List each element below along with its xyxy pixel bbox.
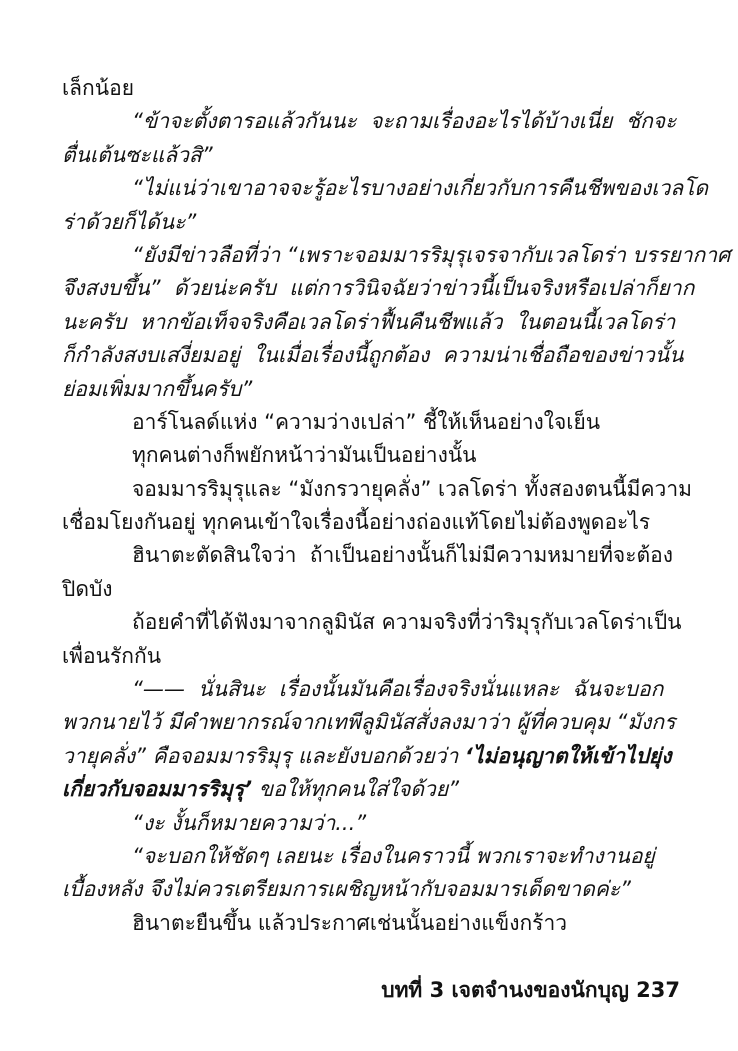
- chapter-title: บทที่ 3 เจตจำนงของนักบุญ: [381, 978, 629, 1002]
- dialogue-text: พวกนายไว้ มีคำพยากรณ์จากเทพีลูมินัสสั่งล…: [62, 710, 675, 734]
- dialogue-text: จึงสงบขึ้น” ด้วยน่ะครับ แต่การวินิจฉัยว่…: [62, 276, 694, 300]
- narration-text: เชื่อมโยงกันอยู่ ทุกคนเข้าใจเรื่องนี้อย่…: [62, 510, 650, 534]
- text-line-16: ปิดบัง: [62, 573, 680, 606]
- dialogue-text: วายุคลั่ง” คือจอมมารริมุรุ และยังบอกด้วย…: [62, 744, 465, 768]
- text-line-1: เล็กน้อย: [62, 72, 680, 105]
- page-text: เล็กน้อย“ข้าจะตั้งตารอแล้วกันนะ จะถามเรื…: [62, 72, 680, 940]
- dialogue-text: “ไม่แน่ว่าเขาอาจจะรู้อะไรบางอย่างเกี่ยวก…: [132, 176, 708, 200]
- page-number: 237: [636, 978, 680, 1002]
- narration-text: อาร์โนลด์แห่ง “ความว่างเปล่า” ชี้ให้เห็น…: [132, 410, 600, 434]
- dialogue-text: ก็กำลังสงบเสงี่ยมอยู่ ในเมื่อเรื่องนี้ถู…: [62, 343, 683, 367]
- text-line-8: นะครับ หากข้อเท็จจริงคือเวลโดร่าฟื้นคืนช…: [62, 306, 680, 339]
- text-line-5: ร่าด้วยก็ได้นะ”: [62, 206, 680, 239]
- emphasized-text: เกี่ยวกับจอมมารริมุรุ’: [62, 777, 252, 801]
- narration-text: ฮินาตะยืนขึ้น แล้วประกาศเช่นนั้นอย่างแข็…: [132, 911, 567, 935]
- text-line-10: ย่อมเพิ่มมากขึ้นครับ”: [62, 373, 680, 406]
- text-line-14: เชื่อมโยงกันอยู่ ทุกคนเข้าใจเรื่องนี้อย่…: [62, 506, 680, 539]
- dialogue-text: “—— นั่นสินะ เรื่องนั้นมันคือเรื่องจริงน…: [132, 677, 663, 701]
- page-footer: บทที่ 3 เจตจำนงของนักบุญ 237: [352, 950, 680, 1031]
- text-line-23: “งะ งั้นก็หมายความว่า...”: [62, 807, 680, 840]
- dialogue-text: ขอให้ทุกคนใส่ใจด้วย”: [252, 777, 459, 801]
- text-line-7: จึงสงบขึ้น” ด้วยน่ะครับ แต่การวินิจฉัยว่…: [62, 272, 680, 305]
- narration-text: เล็กน้อย: [62, 76, 134, 100]
- narration-text: เพื่อนรักกัน: [62, 644, 161, 668]
- dialogue-text: ร่าด้วยก็ได้นะ”: [62, 210, 196, 234]
- text-line-22: เกี่ยวกับจอมมารริมุรุ’ ขอให้ทุกคนใส่ใจด้…: [62, 773, 680, 806]
- text-line-21: วายุคลั่ง” คือจอมมารริมุรุ และยังบอกด้วย…: [62, 740, 680, 773]
- narration-text: จอมมารริมุรุและ “มังกรวายุคลั่ง” เวลโดร่…: [132, 477, 692, 501]
- text-line-11: อาร์โนลด์แห่ง “ความว่างเปล่า” ชี้ให้เห็น…: [62, 406, 680, 439]
- narration-text: ฮินาตะตัดสินใจว่า ถ้าเป็นอย่างนั้นก็ไม่ม…: [132, 543, 673, 567]
- dialogue-text: “ยังมีข่าวลือที่ว่า “เพราะจอมมารริมุรุเจ…: [132, 243, 730, 267]
- text-line-3: ตื่นเต้นซะแล้วสิ”: [62, 139, 680, 172]
- dialogue-text: “งะ งั้นก็หมายความว่า...”: [132, 811, 366, 835]
- text-line-4: “ไม่แน่ว่าเขาอาจจะรู้อะไรบางอย่างเกี่ยวก…: [62, 172, 680, 205]
- book-page: เล็กน้อย“ข้าจะตั้งตารอแล้วกันนะ จะถามเรื…: [0, 0, 738, 1051]
- text-line-13: จอมมารริมุรุและ “มังกรวายุคลั่ง” เวลโดร่…: [62, 473, 680, 506]
- text-line-24: “จะบอกให้ชัดๆ เลยนะ เรื่องในคราวนี้ พวกเ…: [62, 840, 680, 873]
- text-line-19: “—— นั่นสินะ เรื่องนั้นมันคือเรื่องจริงน…: [62, 673, 680, 706]
- text-line-20: พวกนายไว้ มีคำพยากรณ์จากเทพีลูมินัสสั่งล…: [62, 706, 680, 739]
- narration-text: ถ้อยคำที่ได้ฟังมาจากลูมินัส ความจริงที่ว…: [132, 610, 682, 634]
- text-line-9: ก็กำลังสงบเสงี่ยมอยู่ ในเมื่อเรื่องนี้ถู…: [62, 339, 680, 372]
- dialogue-text: ตื่นเต้นซะแล้วสิ”: [62, 143, 213, 167]
- narration-text: ปิดบัง: [62, 577, 113, 601]
- dialogue-text: เบื้องหลัง จึงไม่ควรเตรียมการเผชิญหน้ากั…: [62, 877, 631, 901]
- narration-text: ทุกคนต่างก็พยักหน้าว่ามันเป็นอย่างนั้น: [132, 443, 477, 467]
- text-line-26: ฮินาตะยืนขึ้น แล้วประกาศเช่นนั้นอย่างแข็…: [62, 907, 680, 940]
- dialogue-text: “จะบอกให้ชัดๆ เลยนะ เรื่องในคราวนี้ พวกเ…: [132, 844, 655, 868]
- text-line-17: ถ้อยคำที่ได้ฟังมาจากลูมินัส ความจริงที่ว…: [62, 606, 680, 639]
- dialogue-text: นะครับ หากข้อเท็จจริงคือเวลโดร่าฟื้นคืนช…: [62, 310, 675, 334]
- text-line-12: ทุกคนต่างก็พยักหน้าว่ามันเป็นอย่างนั้น: [62, 439, 680, 472]
- text-line-18: เพื่อนรักกัน: [62, 640, 680, 673]
- text-line-25: เบื้องหลัง จึงไม่ควรเตรียมการเผชิญหน้ากั…: [62, 873, 680, 906]
- dialogue-text: ย่อมเพิ่มมากขึ้นครับ”: [62, 377, 252, 401]
- dialogue-text: “ข้าจะตั้งตารอแล้วกันนะ จะถามเรื่องอะไรไ…: [132, 109, 676, 133]
- text-line-6: “ยังมีข่าวลือที่ว่า “เพราะจอมมารริมุรุเจ…: [62, 239, 680, 272]
- text-line-15: ฮินาตะตัดสินใจว่า ถ้าเป็นอย่างนั้นก็ไม่ม…: [62, 539, 680, 572]
- emphasized-text: ‘ไม่อนุญาตให้เข้าไปยุ่ง: [465, 744, 672, 768]
- text-line-2: “ข้าจะตั้งตารอแล้วกันนะ จะถามเรื่องอะไรไ…: [62, 105, 680, 138]
